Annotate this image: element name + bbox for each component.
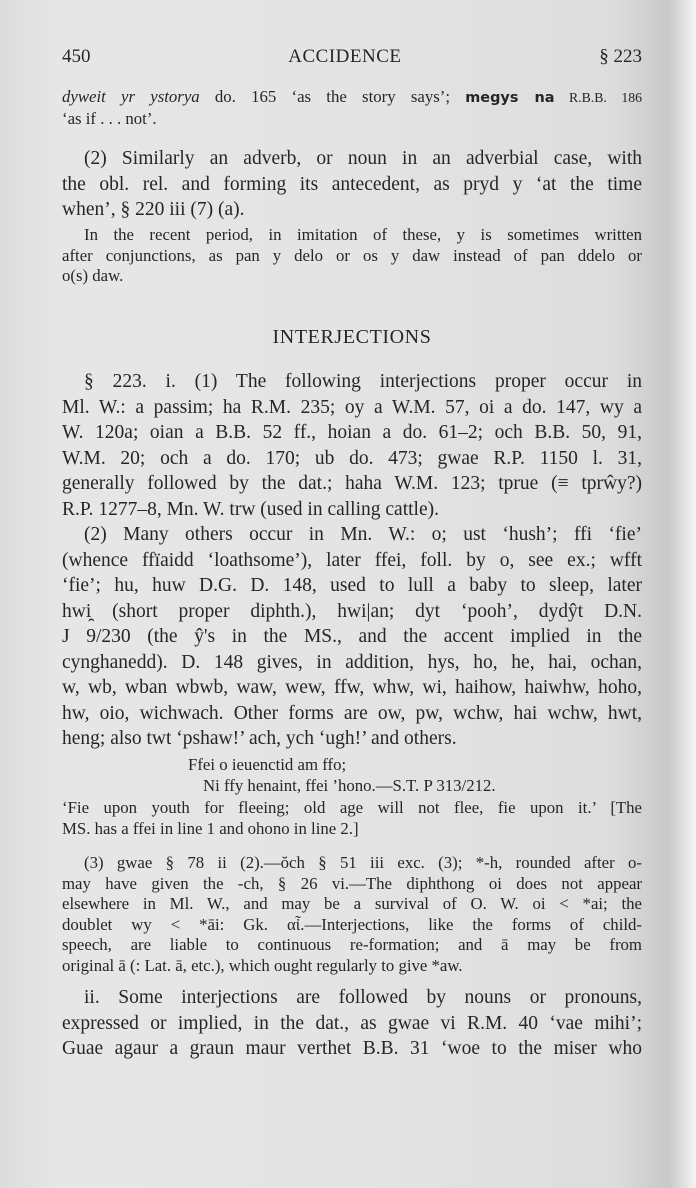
text-line: w, wb, wban wbwb, waw, wew, ffw, whw, wi…	[62, 675, 642, 701]
text-line: Ml. W.: a passim; ha R.M. 235; oy a W.M.…	[62, 395, 642, 421]
text-line: W.M. 20; och a do. 170; ub do. 473; gwae…	[62, 446, 642, 472]
running-title: ACCIDENCE	[288, 46, 401, 68]
running-header: 450 ACCIDENCE § 223	[62, 46, 642, 70]
text-line: hwi̯ (short proper diphth.), hwi|an; dyt…	[62, 599, 642, 625]
text-line: heng; also twt ‘pshaw!’ ach, ych ‘ugh!’ …	[62, 726, 642, 752]
text-line: J 9/230 (the ŷ's in the MS., and the acc…	[62, 624, 642, 650]
section-223-i-1: § 223. i. (1) The following interjection…	[62, 369, 642, 522]
text-line: (2) Many others occur in Mn. W.: o; ust …	[62, 522, 642, 548]
text-line: after conjunctions, as pan y delo or os …	[62, 246, 642, 267]
text-line: elsewhere in Ml. W., and may be a surviv…	[62, 894, 642, 915]
text-line: the obl. rel. and forming its antecedent…	[62, 172, 642, 198]
text-line: o(s) daw.	[62, 266, 642, 287]
section-223-ii: ii. Some interjections are followed by n…	[62, 985, 642, 1062]
text-line: Guae agaur a graun maur verthet B.B. 31 …	[62, 1036, 642, 1062]
page-number: 450	[62, 46, 91, 68]
verse-quotation: Ffei o ieuenctid am ffo; Ni ffy henaint,…	[62, 755, 642, 796]
verse-line-1: Ffei o ieuenctid am ffo;	[62, 755, 642, 776]
section-223-i-2: (2) Many others occur in Mn. W.: o; ust …	[62, 522, 642, 752]
text-line: doublet wy < *āi: Gk. αἶ.—Interjections,…	[62, 915, 642, 936]
section-heading: INTERJECTIONS	[62, 326, 642, 349]
text-line: (2) Similarly an adverb, or noun in an a…	[62, 146, 642, 172]
text-line: speech, are liable to continuous re-form…	[62, 935, 642, 956]
text-line: when’, § 220 iii (7) (a).	[62, 197, 642, 223]
text-line: ‘fie’; hu, huw D.G. D. 148, used to lull…	[62, 573, 642, 599]
top-fragment: dywеit yr ystorуa do. 165 ‘as the story …	[62, 87, 642, 129]
section-223-i-3: (3) gwae § 78 ii (2).—ŏch § 51 iii exc. …	[62, 853, 642, 976]
text-line: ii. Some interjections are followed by n…	[62, 985, 642, 1011]
text-line: ‘Fie upon youth for fleeing; old age wil…	[62, 798, 642, 819]
note-recent-period: In the recent period, in imitation of th…	[62, 225, 642, 287]
text-line: generally followed by the dat.; haha W.M…	[62, 471, 642, 497]
text-line: ‘as if . . . not’.	[62, 109, 642, 130]
text-line: may have given the -ch, § 26 vi.—The dip…	[62, 874, 642, 895]
text-line: expressed or implied, in the dat., as gw…	[62, 1011, 642, 1037]
section-marker: § 223	[599, 46, 642, 68]
text-line: hw, oio, wichwach. Other forms are ow, p…	[62, 701, 642, 727]
text-line: (whence ffïaidd ‘loathsome’), later ffei…	[62, 548, 642, 574]
text-line: (3) gwae § 78 ii (2).—ŏch § 51 iii exc. …	[62, 853, 642, 874]
text-line: R.P. 1277–8, Mn. W. trw (used in calling…	[62, 497, 642, 523]
text-line: dywеit yr ystorуa do. 165 ‘as the story …	[62, 87, 642, 109]
text-line: W. 120a; oian a B.B. 52 ff., hoian a do.…	[62, 420, 642, 446]
text-line: original ā (: Lat. ā, etc.), which ought…	[62, 956, 642, 977]
text-line: In the recent period, in imitation of th…	[62, 225, 642, 246]
verse-line-2: Ni ffy henaint, ffei ’hono.—S.T. P 313/2…	[62, 776, 642, 797]
text-line: cynghanedd). D. 148 gives, in addition, …	[62, 650, 642, 676]
text-line: MS. has a ffei in line 1 and ohono in li…	[62, 819, 642, 840]
verse-translation: ‘Fie upon youth for fleeing; old age wil…	[62, 798, 642, 839]
paragraph-2-adverb: (2) Similarly an adverb, or noun in an a…	[62, 146, 642, 223]
text-line: § 223. i. (1) The following interjection…	[62, 369, 642, 395]
